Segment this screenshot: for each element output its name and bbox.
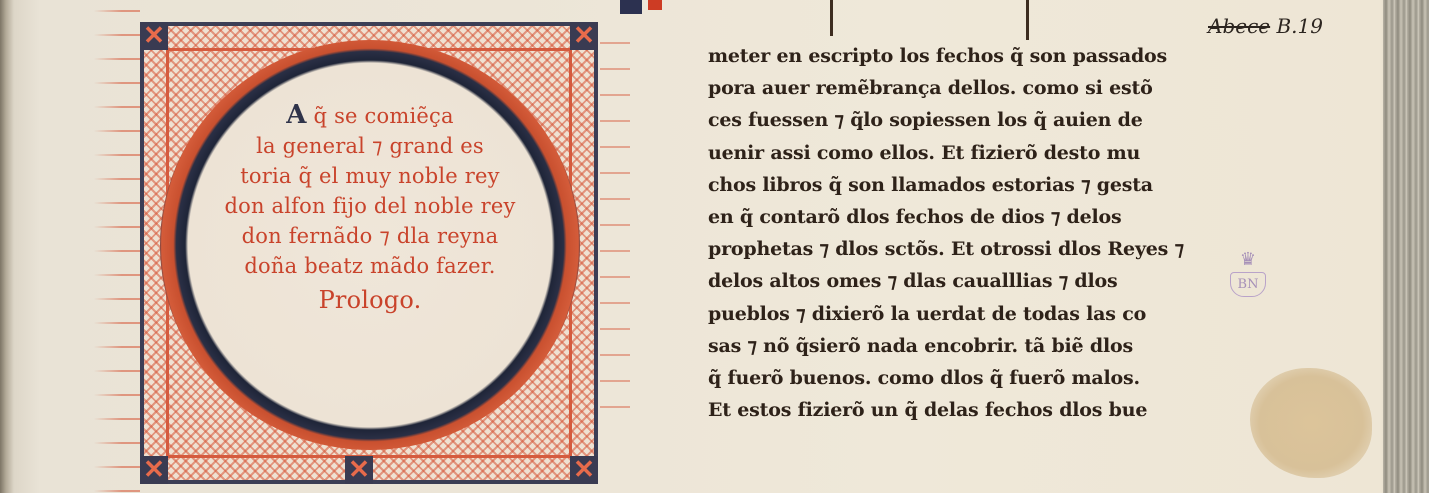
corner-x-icon: ✕ [140,22,168,50]
text-line: ces fuessen ⁊ q̃lo sopiessen los q̃ auie… [708,104,1178,136]
text-line: chos libros q̃ son llamados estorias ⁊ g… [708,169,1178,201]
rubric-line-text: q̃ se comiẽça [314,104,454,128]
corner-x-icon: ✕ [570,456,598,484]
water-stain [1250,368,1372,478]
capital-letter-top [620,0,660,18]
rubric-line: don fernãdo ⁊ dla reyna [205,221,535,251]
page-edges [1383,0,1429,493]
stamp-letters: BN [1230,272,1266,297]
shelfmark-number: B.19 [1276,14,1323,38]
text-line: pora auer remẽbrança dellos. como si est… [708,72,1178,104]
rubric-line: toria q̃ el muy noble rey [205,161,535,191]
ascender-stroke [1026,0,1029,40]
text-line: delos altos omes ⁊ dlas caualllias ⁊ dlo… [708,265,1178,297]
text-line: q̃ fuerõ buenos. como dlos q̃ fuerõ malo… [708,362,1178,394]
rubric-line: doña beatz mãdo fazer. [205,251,535,281]
rubric-text: A q̃ se comiẽça la general ⁊ grand es to… [205,100,535,315]
rubric-line: A q̃ se comiẽça [205,100,535,131]
left-margin-flourish [94,0,140,493]
ascender-stroke [830,0,833,36]
text-line: uenir assi como ellos. Et fizierõ desto … [708,137,1178,169]
rubric-line: don alfon fijo del noble rey [205,191,535,221]
manuscript-page: ✕ ✕ ✕ ✕ ✕ A q̃ se comiẽça la general ⁊ g… [0,0,1429,493]
text-line: sas ⁊ nõ q̃sierõ nada encobrir. tã biẽ d… [708,330,1178,362]
library-stamp: ♛ BN [1230,250,1266,318]
corner-x-icon: ✕ [345,456,373,484]
text-line: Et estos fizierõ un q̃ delas fechos dlos… [708,394,1178,426]
text-line: prophetas ⁊ dlos sctõs. Et otrossi dlos … [708,233,1178,265]
text-line: en q̃ contarõ dlos fechos de dios ⁊ delo… [708,201,1178,233]
blue-initial-fragment [620,0,642,14]
corner-x-icon: ✕ [570,22,598,50]
right-margin-flourish [600,30,630,430]
illuminated-initial: A [286,100,306,130]
text-line: meter en escripto los fechos q̃ son pass… [708,40,1178,72]
struck-shelfmark: Abece [1208,14,1270,38]
text-column: meter en escripto los fechos q̃ son pass… [708,40,1178,426]
crown-icon: ♛ [1230,250,1266,270]
rubric-line: la general ⁊ grand es [205,131,535,161]
shelfmark: Abece B.19 [1208,14,1323,38]
corner-x-icon: ✕ [140,456,168,484]
red-initial-fragment [648,0,662,10]
text-line: pueblos ⁊ dixierõ la uerdat de todas las… [708,298,1178,330]
prologo-heading: Prologo. [205,285,535,315]
